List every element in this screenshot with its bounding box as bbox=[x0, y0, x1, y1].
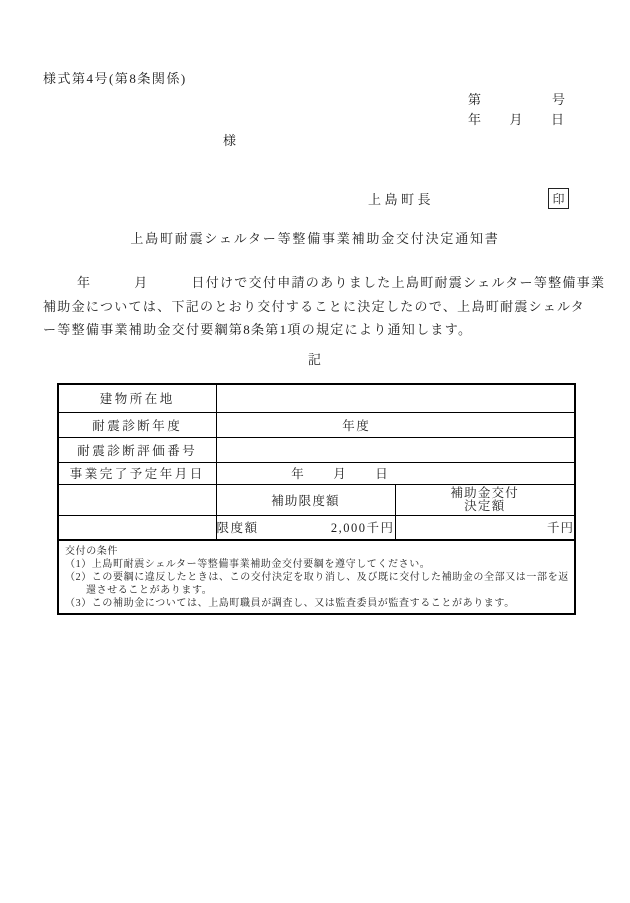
decision-amount-cell: 千円 bbox=[395, 515, 575, 540]
seal-label: 印 bbox=[552, 190, 564, 207]
document-title: 上島町耐震シェルター等整備事業補助金交付決定通知書 bbox=[0, 228, 630, 247]
date-month-label: 月 bbox=[509, 109, 522, 128]
doc-number-prefix: 第 bbox=[468, 89, 481, 108]
sender-title: 上島町長 bbox=[368, 189, 434, 208]
label-diagnosis-year: 耐震診断年度 bbox=[58, 412, 216, 437]
table-row-conditions: 交付の条件 （1）上島町耐震シェルター等整備事業補助金交付要綱を遵守してください… bbox=[58, 540, 575, 614]
condition-item-2-continued: 還させることがあります。 bbox=[65, 584, 570, 597]
table-row-amounts: 限度額 2,000千円 千円 bbox=[58, 515, 575, 540]
seal-box: 印 bbox=[548, 188, 569, 209]
limit-amount-cell: 限度額 2,000千円 bbox=[216, 515, 395, 540]
value-diagnosis-year: 年度 bbox=[216, 412, 575, 437]
table-row-evaluation-number: 耐震診断評価番号 bbox=[58, 437, 575, 462]
body-paragraph: 年 月 日付けで交付申請のありました上島町耐震シェルター等整備事業 補助金につい… bbox=[43, 271, 603, 342]
table-row-completion-date: 事業完了予定年月日 年 月 日 bbox=[58, 462, 575, 484]
date-day-label: 日 bbox=[551, 109, 564, 128]
conditions-title: 交付の条件 bbox=[65, 545, 570, 558]
form-number: 様式第4号(第8条関係) bbox=[43, 68, 187, 87]
limit-amount-label: 限度額 bbox=[217, 518, 259, 536]
record-mark: 記 bbox=[0, 349, 630, 368]
conditions-cell: 交付の条件 （1）上島町耐震シェルター等整備事業補助金交付要綱を遵守してください… bbox=[58, 540, 575, 614]
limit-amount-value: 2,000千円 bbox=[331, 518, 395, 536]
value-evaluation-number bbox=[216, 437, 575, 462]
value-completion-date: 年 月 日 bbox=[216, 462, 575, 484]
decision-amount-header-line2: 決定額 bbox=[396, 500, 575, 513]
condition-item-1: （1）上島町耐震シェルター等整備事業補助金交付要綱を遵守してください。 bbox=[65, 558, 570, 571]
label-building-location: 建物所在地 bbox=[58, 384, 216, 412]
label-evaluation-number: 耐震診断評価番号 bbox=[58, 437, 216, 462]
limit-amount-header: 補助限度額 bbox=[216, 484, 395, 515]
addressee-honorific: 様 bbox=[223, 130, 236, 149]
document-page: 様式第4号(第8条関係) 第 号 年 月 日 様 上島町長 印 上島町耐震シェル… bbox=[0, 0, 630, 903]
body-line-3: ー等整備事業補助金交付要綱第8条第1項の規定により通知します。 bbox=[43, 318, 603, 342]
condition-item-3: （3）この補助金については、上島町職員が調査し、又は監査委員が監査することがあり… bbox=[65, 597, 570, 610]
conditions-block: 交付の条件 （1）上島町耐震シェルター等整備事業補助金交付要綱を遵守してください… bbox=[59, 541, 574, 610]
value-building-location bbox=[216, 384, 575, 412]
amount-header-spacer-cell bbox=[58, 484, 216, 515]
table-row-diagnosis-year: 耐震診断年度 年度 bbox=[58, 412, 575, 437]
decision-amount-header: 補助金交付 決定額 bbox=[395, 484, 575, 515]
amount-row-spacer-cell bbox=[58, 515, 216, 540]
body-line-2: 補助金については、下記のとおり交付することに決定したので、上島町耐震シェルタ bbox=[43, 295, 603, 319]
date-line: 年 月 日 bbox=[468, 109, 564, 128]
table-row-building-location: 建物所在地 bbox=[58, 384, 575, 412]
condition-item-2: （2）この要綱に違反したときは、この交付決定を取り消し、及び既に交付した補助金の… bbox=[65, 571, 570, 584]
decision-amount-header-line1: 補助金交付 bbox=[396, 487, 575, 500]
doc-number-suffix: 号 bbox=[552, 89, 565, 108]
label-completion-date: 事業完了予定年月日 bbox=[58, 462, 216, 484]
details-table: 建物所在地 耐震診断年度 年度 耐震診断評価番号 事業完了予定年月日 年 月 日… bbox=[57, 383, 576, 615]
date-year-label: 年 bbox=[468, 109, 481, 128]
document-number-line: 第 号 bbox=[468, 89, 565, 108]
body-line-1: 年 月 日付けで交付申請のありました上島町耐震シェルター等整備事業 bbox=[43, 271, 603, 295]
table-row-amount-header: 補助限度額 補助金交付 決定額 bbox=[58, 484, 575, 515]
